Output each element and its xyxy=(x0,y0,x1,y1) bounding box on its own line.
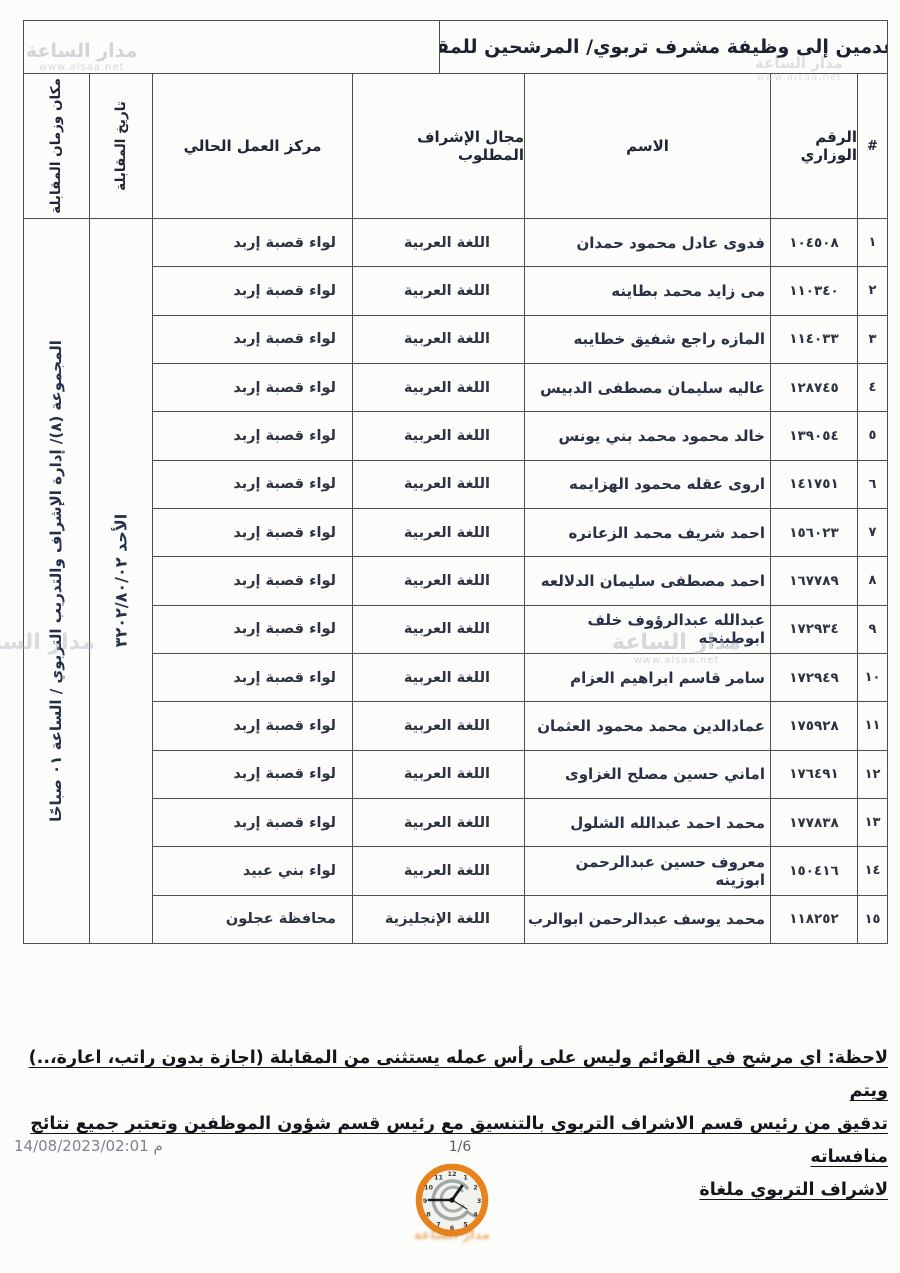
supervision-field-cell: اللغة العربية xyxy=(353,218,525,266)
work-center-cell: لواء قصبة إربد xyxy=(153,218,353,266)
row-index-cell: ١١ xyxy=(858,701,888,749)
clock-number: 10 xyxy=(424,1184,434,1192)
row-index-cell: ٣ xyxy=(858,315,888,363)
supervision-field-cell: اللغة العربية xyxy=(353,798,525,846)
supervision-field-cell: اللغة العربية xyxy=(353,266,525,314)
candidate-name-cell: عمادالدين محمد محمود العثمان xyxy=(525,701,771,749)
ministry-number-cell: ١٧٧٨٣٨ xyxy=(771,798,858,846)
clock-center-dot xyxy=(449,1197,454,1202)
candidate-name-cell: سامر قاسم ابراهيم العزام xyxy=(525,653,771,701)
candidate-name-cell: اروى عقله محمود الهزايمه xyxy=(525,460,771,508)
supervision-field-cell: اللغة العربية xyxy=(353,701,525,749)
row-index-cell: ٩ xyxy=(858,605,888,653)
work-center-cell: لواء قصبة إربد xyxy=(153,460,353,508)
candidate-name-cell: خالد محمود محمد بني يونس xyxy=(525,411,771,459)
supervision-field-cell: اللغة الإنجليزية xyxy=(353,895,525,943)
col-header-interview-place-time: مكان وزمان المقابلة xyxy=(23,73,90,218)
work-center-cell: لواء قصبة إربد xyxy=(153,798,353,846)
scanned-document-page: مدار الساعة www.alsaa.net مدار الساعة ww… xyxy=(0,0,900,1273)
interview-date-value: الأحد ٢٠/٠٨/٢٠٢٣ xyxy=(112,514,131,648)
candidate-name-cell: محمد احمد عبدالله الشلول xyxy=(525,798,771,846)
row-index-cell: ١٣ xyxy=(858,798,888,846)
candidate-name-cell: معروف حسين عبدالرحمن ابوزينه xyxy=(525,846,771,894)
ministry-number-cell: ١١٨٢٥٢ xyxy=(771,895,858,943)
col-header-ministry-number: الرقم الوزاري xyxy=(771,73,858,218)
interview-place-time-cell: المجموعة (٨)/ إدارة الإشراف والتدريب الت… xyxy=(23,218,90,943)
candidate-name-cell: اماني حسين مصلح الغزاوى xyxy=(525,750,771,798)
work-center-cell: لواء قصبة إربد xyxy=(153,556,353,604)
candidate-name-cell: مى زايد محمد بطاينه xyxy=(525,266,771,314)
interview-place-header-label: مكان وزمان المقابلة xyxy=(48,78,64,214)
clock-number: 11 xyxy=(434,1174,444,1182)
candidate-name-cell: فدوى عادل محمود حمدان xyxy=(525,218,771,266)
footnote-line-1: لاحظة: اي مرشح في القوائم وليس على رأس ع… xyxy=(26,1042,888,1108)
candidate-name-cell: المازه راجع شفيق خطايبه xyxy=(525,315,771,363)
clock-logo: 121234567891011 مدار الساعة xyxy=(404,1160,500,1250)
ministry-number-cell: ١٣٩٠٥٤ xyxy=(771,411,858,459)
ministry-number-cell: ١٧٥٩٢٨ xyxy=(771,701,858,749)
col-header-work-center: مركز العمل الحالي xyxy=(153,73,353,218)
col-header-interview-date: تاريخ المقابلة xyxy=(90,73,153,218)
ministry-number-cell: ١٥٠٤١٦ xyxy=(771,846,858,894)
page-title: لمتقدمين إلى وظيفة مشرف تربوي/ المرشحين … xyxy=(439,21,887,73)
print-timestamp: 14/08/2023/02:01 م xyxy=(14,1137,163,1155)
candidates-table: # الرقم الوزاري الاسم مجال الإشراف المطل… xyxy=(23,73,888,944)
ministry-number-cell: ١٢٨٧٤٥ xyxy=(771,363,858,411)
row-index-cell: ٢ xyxy=(858,266,888,314)
supervision-field-cell: اللغة العربية xyxy=(353,605,525,653)
col-header-supervision-field: مجال الإشراف المطلوب xyxy=(353,73,525,218)
clock-number: 12 xyxy=(447,1170,456,1178)
ministry-number-cell: ١٧٦٤٩١ xyxy=(771,750,858,798)
supervision-field-cell: اللغة العربية xyxy=(353,556,525,604)
supervision-field-cell: اللغة العربية xyxy=(353,363,525,411)
row-index-cell: ١٢ xyxy=(858,750,888,798)
work-center-cell: لواء قصبة إربد xyxy=(153,411,353,459)
interview-place-time-value: المجموعة (٨)/ إدارة الإشراف والتدريب الت… xyxy=(47,340,65,822)
work-center-cell: لواء بني عبيد xyxy=(153,846,353,894)
clock-number: 2 xyxy=(473,1184,478,1192)
row-index-cell: ٥ xyxy=(858,411,888,459)
interview-date-cell: الأحد ٢٠/٠٨/٢٠٢٣ xyxy=(90,218,153,943)
candidate-name-cell: محمد يوسف عبدالرحمن ابوالرب xyxy=(525,895,771,943)
supervision-field-cell: اللغة العربية xyxy=(353,460,525,508)
work-center-cell: لواء قصبة إربد xyxy=(153,508,353,556)
clock-number: 3 xyxy=(477,1197,482,1205)
col-header-name: الاسم xyxy=(525,73,771,218)
candidate-name-cell: احمد مصطفى سليمان الدلالعه xyxy=(525,556,771,604)
ministry-number-cell: ١٠٤٥٠٨ xyxy=(771,218,858,266)
supervision-field-cell: اللغة العربية xyxy=(353,653,525,701)
row-index-cell: ١٠ xyxy=(858,653,888,701)
ministry-number-cell: ١٧٢٩٤٩ xyxy=(771,653,858,701)
supervision-field-cell: اللغة العربية xyxy=(353,315,525,363)
interview-date-header-label: تاريخ المقابلة xyxy=(113,101,129,191)
supervision-field-cell: اللغة العربية xyxy=(353,508,525,556)
row-index-cell: ٨ xyxy=(858,556,888,604)
row-index-cell: ٦ xyxy=(858,460,888,508)
row-index-cell: ٧ xyxy=(858,508,888,556)
work-center-cell: لواء قصبة إربد xyxy=(153,315,353,363)
col-header-index: # xyxy=(858,73,888,218)
ministry-number-cell: ١٦٧٧٨٩ xyxy=(771,556,858,604)
ministry-number-cell: ١٥٦٠٢٣ xyxy=(771,508,858,556)
row-index-cell: ٤ xyxy=(858,363,888,411)
candidate-name-cell: عاليه سليمان مصطفى الدبيس xyxy=(525,363,771,411)
work-center-cell: لواء قصبة إربد xyxy=(153,605,353,653)
supervision-field-cell: اللغة العربية xyxy=(353,846,525,894)
ministry-number-cell: ١١٠٣٤٠ xyxy=(771,266,858,314)
candidate-name-cell: احمد شريف محمد الزعانره xyxy=(525,508,771,556)
row-index-cell: ١٥ xyxy=(858,895,888,943)
clock-logo-caption: مدار الساعة xyxy=(404,1228,500,1243)
page-number: 1/6 xyxy=(440,1139,480,1155)
supervision-field-cell: اللغة العربية xyxy=(353,750,525,798)
work-center-cell: لواء قصبة إربد xyxy=(153,266,353,314)
ministry-number-cell: ١٧٢٩٣٤ xyxy=(771,605,858,653)
title-row-empty-cell xyxy=(24,21,439,73)
ministry-number-cell: ١١٤٠٣٣ xyxy=(771,315,858,363)
work-center-cell: لواء قصبة إربد xyxy=(153,750,353,798)
work-center-cell: لواء قصبة إربد xyxy=(153,701,353,749)
clock-number: 1 xyxy=(463,1174,468,1182)
row-index-cell: ١ xyxy=(858,218,888,266)
row-index-cell: ١٤ xyxy=(858,846,888,894)
supervision-field-cell: اللغة العربية xyxy=(353,411,525,459)
clock-number: 9 xyxy=(423,1197,428,1205)
candidate-name-cell: عبدالله عبدالرؤوف خلف ابوطبنجه xyxy=(525,605,771,653)
title-row: لمتقدمين إلى وظيفة مشرف تربوي/ المرشحين … xyxy=(23,20,888,73)
work-center-cell: محافظة عجلون xyxy=(153,895,353,943)
clock-number: 4 xyxy=(473,1211,478,1219)
clock-number: 8 xyxy=(426,1211,431,1219)
work-center-cell: لواء قصبة إربد xyxy=(153,363,353,411)
work-center-cell: لواء قصبة إربد xyxy=(153,653,353,701)
ministry-number-cell: ١٤١٧٥١ xyxy=(771,460,858,508)
